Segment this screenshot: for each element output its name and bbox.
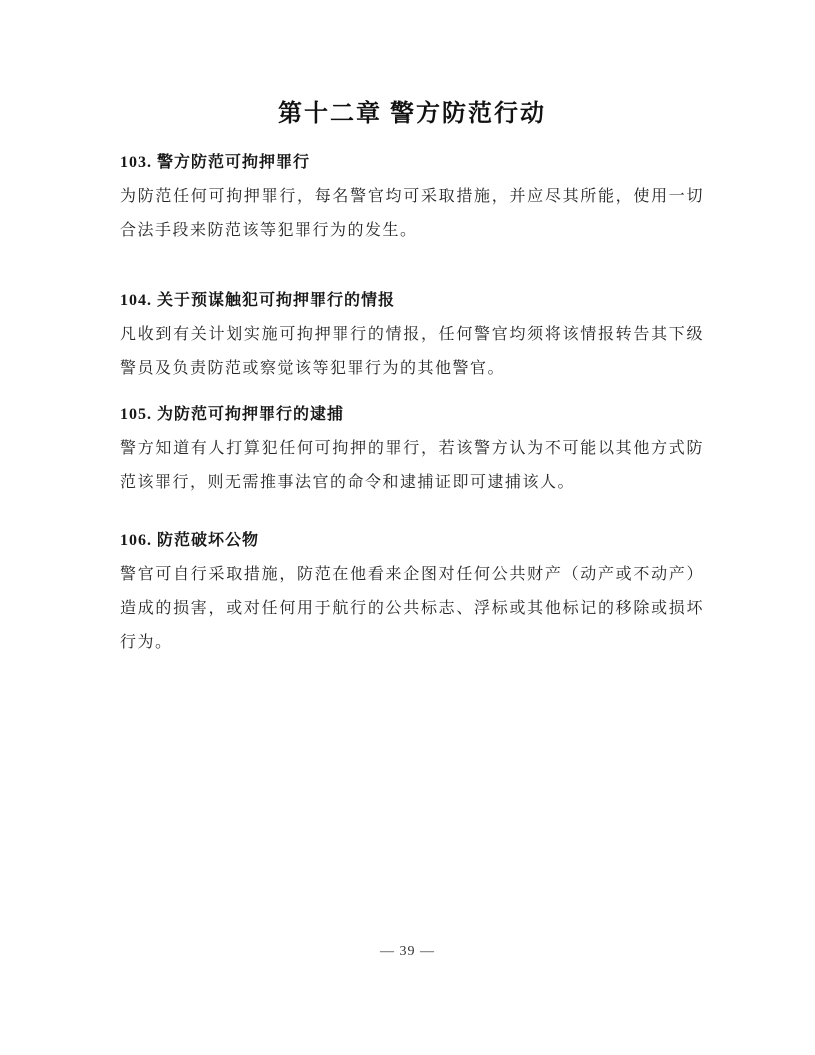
section-body-106: 警官可自行采取措施，防范在他看来企图对任何公共财产（动产或不动产）造成的损害，或… [120,558,704,660]
section-body-104: 凡收到有关计划实施可拘押罪行的情报，任何警官均须将该情报转告其下级警员及负责防范… [120,318,704,386]
section-body-103: 为防范任何可拘押罪行，每名警官均可采取措施，并应尽其所能，使用一切合法手段来防范… [120,180,704,248]
section-heading-105: 105. 为防范可拘押罪行的逮捕 [120,398,704,432]
section-106: 106. 防范破坏公物 警官可自行采取措施，防范在他看来企图对任何公共财产（动产… [120,524,704,660]
section-heading-104: 104. 关于预谋触犯可拘押罪行的情报 [120,284,704,318]
document-page: 第十二章 警方防范行动 103. 警方防范可拘押罪行 为防范任何可拘押罪行，每名… [0,0,815,1055]
section-heading-103: 103. 警方防范可拘押罪行 [120,146,704,180]
section-heading-106: 106. 防范破坏公物 [120,524,704,558]
page-number: — 39 — [0,944,815,960]
section-103: 103. 警方防范可拘押罪行 为防范任何可拘押罪行，每名警官均可采取措施，并应尽… [120,146,704,248]
document-content: 第十二章 警方防范行动 103. 警方防范可拘押罪行 为防范任何可拘押罪行，每名… [120,96,704,660]
section-body-105: 警方知道有人打算犯任何可拘押的罪行，若该警方认为不可能以其他方式防范该罪行，则无… [120,432,704,500]
chapter-title: 第十二章 警方防范行动 [120,96,704,132]
section-105: 105. 为防范可拘押罪行的逮捕 警方知道有人打算犯任何可拘押的罪行，若该警方认… [120,398,704,500]
section-104: 104. 关于预谋触犯可拘押罪行的情报 凡收到有关计划实施可拘押罪行的情报，任何… [120,284,704,386]
